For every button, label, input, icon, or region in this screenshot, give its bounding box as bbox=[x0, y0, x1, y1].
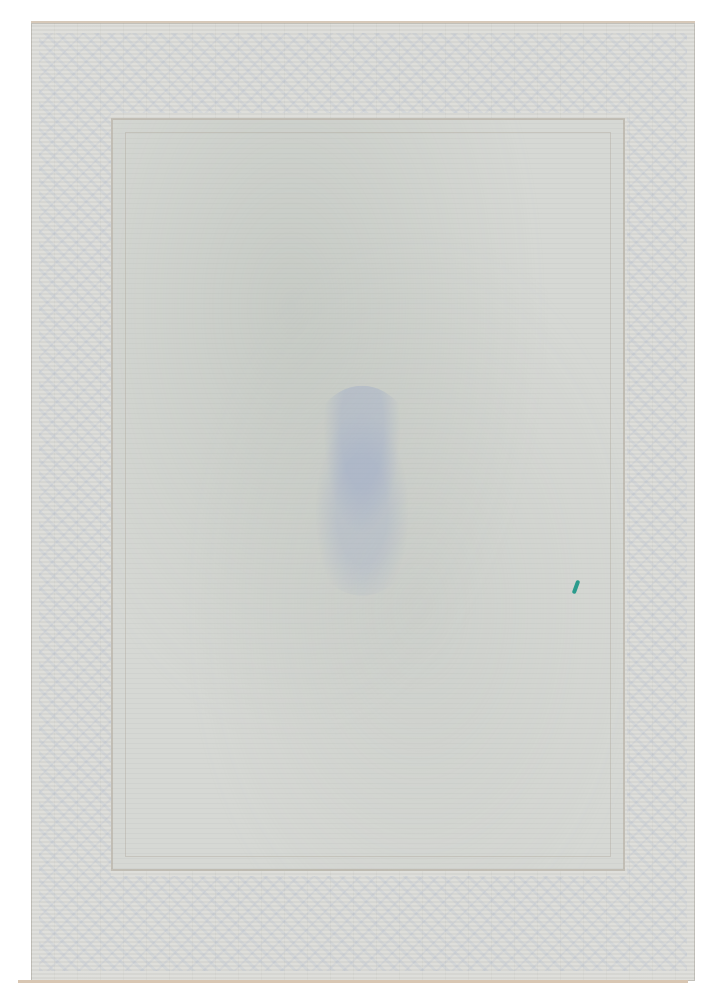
rug-medallion bbox=[302, 385, 422, 595]
rug-bottom-edge bbox=[18, 980, 688, 983]
rug bbox=[31, 23, 695, 981]
rug-field bbox=[111, 118, 625, 871]
